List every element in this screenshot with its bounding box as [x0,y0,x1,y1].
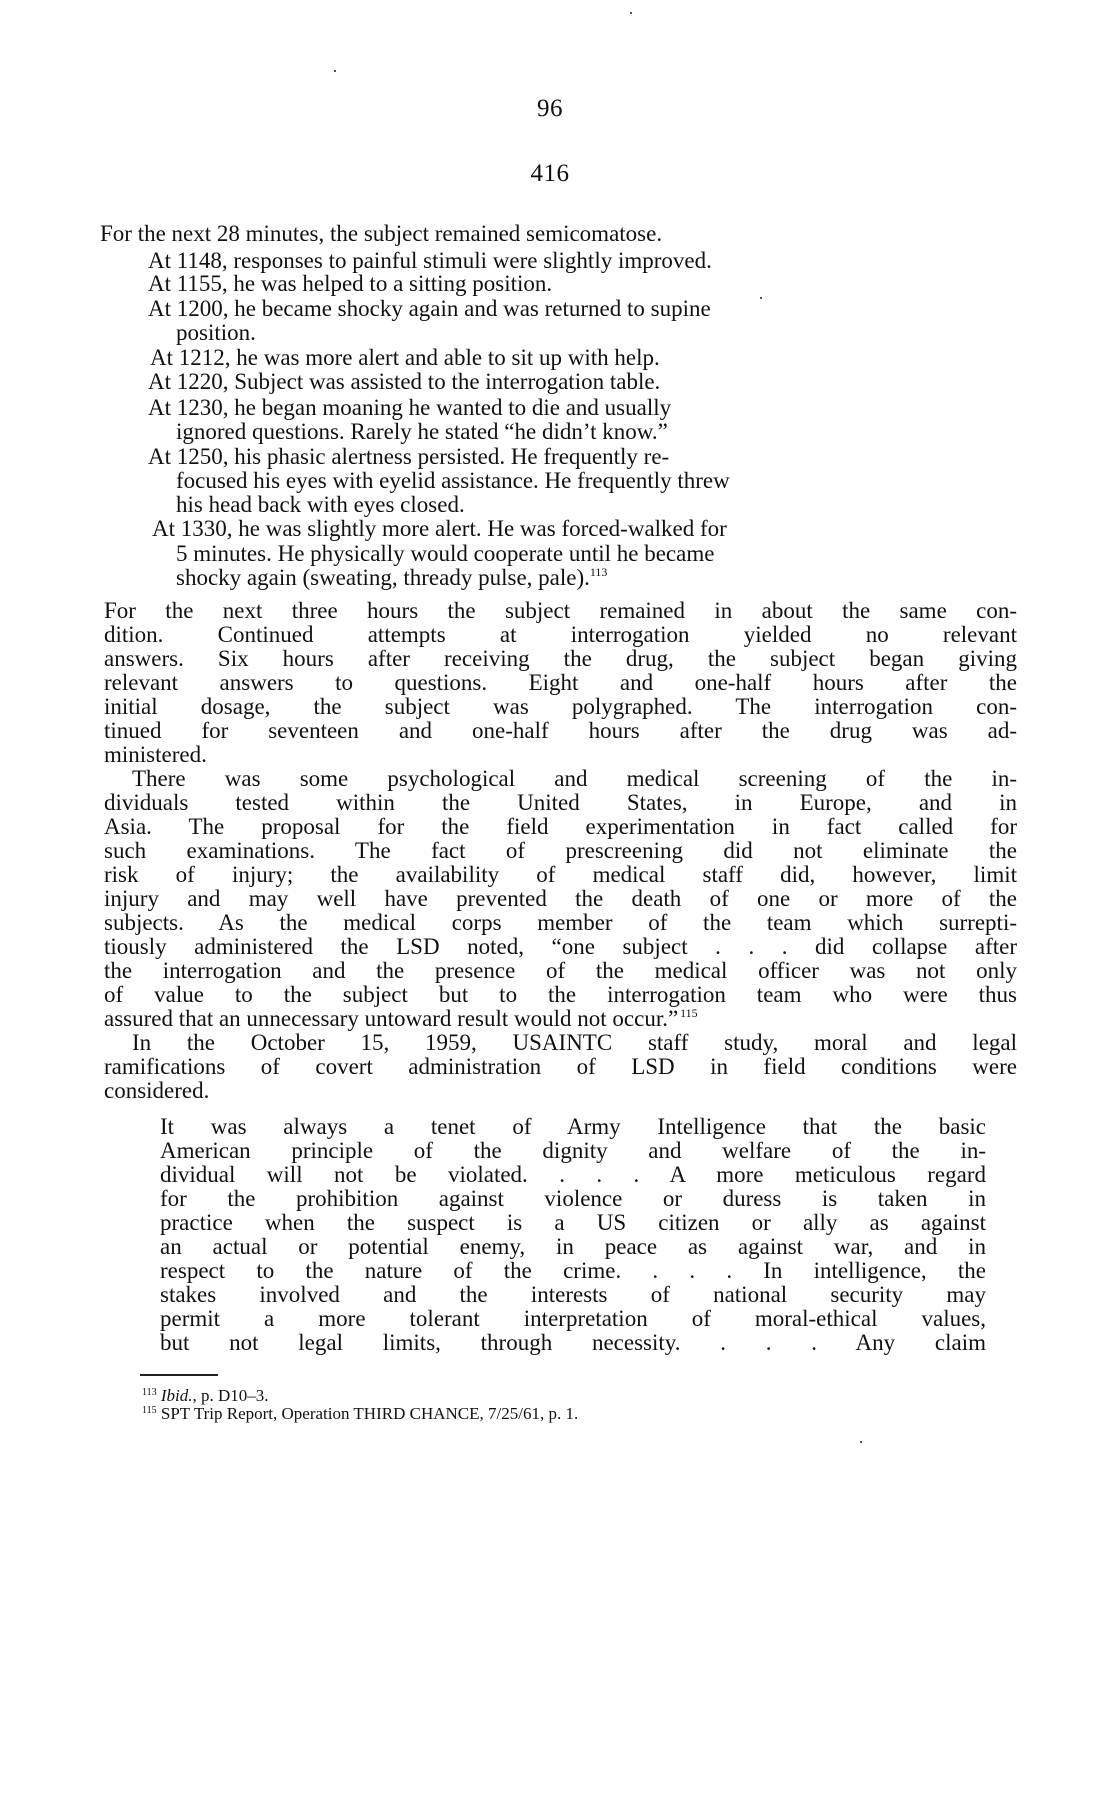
scan-speck [630,12,632,14]
paragraph-line: injury and may well have prevented the d… [104,886,1017,912]
paragraph-line: assured that an unnecessary untoward res… [104,1006,698,1032]
quote-line: dividual will not be violated. . . . A m… [160,1162,986,1188]
timeline-entry-1250-cont2: his head back with eyes closed. [176,492,465,518]
timeline-entry-1200: At 1200, he became shocky again and was … [148,296,711,322]
timeline-entry-1155: At 1155, he was helped to a sitting posi… [148,271,552,297]
paragraph-line: ministered. [104,742,207,768]
paragraph-line: risk of injury; the availability of medi… [104,862,1017,888]
quote-line: stakes involved and the interests of nat… [160,1282,986,1308]
paragraph-line: of value to the subject but to the inter… [104,982,1017,1008]
timeline-entry-1330-cont2: shocky again (sweating, thready pulse, p… [176,565,607,591]
paragraph-line: There was some psychological and medical… [132,766,1017,792]
paragraph-line: initial dosage, the subject was polygrap… [104,694,1017,720]
quote-line: but not legal limits, through necessity.… [160,1330,986,1356]
paragraph-line: such examinations. The fact of prescreen… [104,838,1017,864]
paragraph-line: considered. [104,1078,209,1104]
quote-line: permit a more tolerant interpretation of… [160,1306,986,1332]
paragraph-line: Asia. The proposal for the field experim… [104,814,1017,840]
timeline-entry-1250: At 1250, his phasic alertness persisted.… [148,444,669,470]
scan-speck [860,1441,862,1443]
scan-speck [334,70,336,72]
timeline-entry-1230: At 1230, he began moaning he wanted to d… [148,395,671,421]
footnote-ref-115[interactable]: 115 [680,1006,698,1020]
paragraph-line: answers. Six hours after receiving the d… [104,646,1017,672]
paragraph-line: subjects. As the medical corps member of… [104,910,1017,936]
paragraph-line: the interrogation and the presence of th… [104,958,1017,984]
paragraph-line: In the October 15, 1959, USAINTC staff s… [132,1030,1017,1056]
quote-line: practice when the suspect is a US citize… [160,1210,986,1236]
quote-line: for the prohibition against violence or … [160,1186,986,1212]
paragraph-line: tiously administered the LSD noted, “one… [104,934,1017,960]
footnote-ref-113[interactable]: 113 [590,565,608,579]
scan-speck [760,297,762,299]
timeline-entry-1250-cont1: focused his eyes with eyelid assistance.… [176,468,730,494]
paragraph-line: ramifications of covert administration o… [104,1054,1017,1080]
footnote-divider [140,1374,218,1376]
quote-line: American principle of the dignity and we… [160,1138,986,1164]
paragraph-line: dition. Continued attempts at interrogat… [104,622,1017,648]
paragraph-line: dividuals tested within the United State… [104,790,1017,816]
timeline-entry-1200-cont: position. [176,320,256,346]
footnote-115: 115 SPT Trip Report, Operation THIRD CHA… [142,1404,578,1424]
page-number-top: 96 [0,95,1100,123]
timeline-entry-1330-cont1: 5 minutes. He physically would cooperate… [176,541,714,567]
page-number-original: 416 [0,160,1100,188]
paragraph-line: For the next three hours the subject rem… [104,598,1017,624]
document-page: 96 416 For the next 28 minutes, the subj… [0,0,1100,1816]
quote-line: an actual or potential enemy, in peace a… [160,1234,986,1260]
paragraph-line: relevant answers to questions. Eight and… [104,670,1017,696]
intro-line: For the next 28 minutes, the subject rem… [100,221,662,247]
timeline-entry-1230-cont: ignored questions. Rarely he stated “he … [176,419,668,445]
footnote-113: 113 Ibid., p. D10–3. [142,1386,269,1406]
quote-line: It was always a tenet of Army Intelligen… [160,1114,986,1140]
timeline-entry-1220: At 1220, Subject was assisted to the int… [148,369,660,395]
timeline-entry-1212: At 1212, he was more alert and able to s… [150,345,660,371]
timeline-entry-1330: At 1330, he was slightly more alert. He … [152,516,727,542]
paragraph-line: tinued for seventeen and one-half hours … [104,718,1017,744]
quote-line: respect to the nature of the crime. . . … [160,1258,986,1284]
